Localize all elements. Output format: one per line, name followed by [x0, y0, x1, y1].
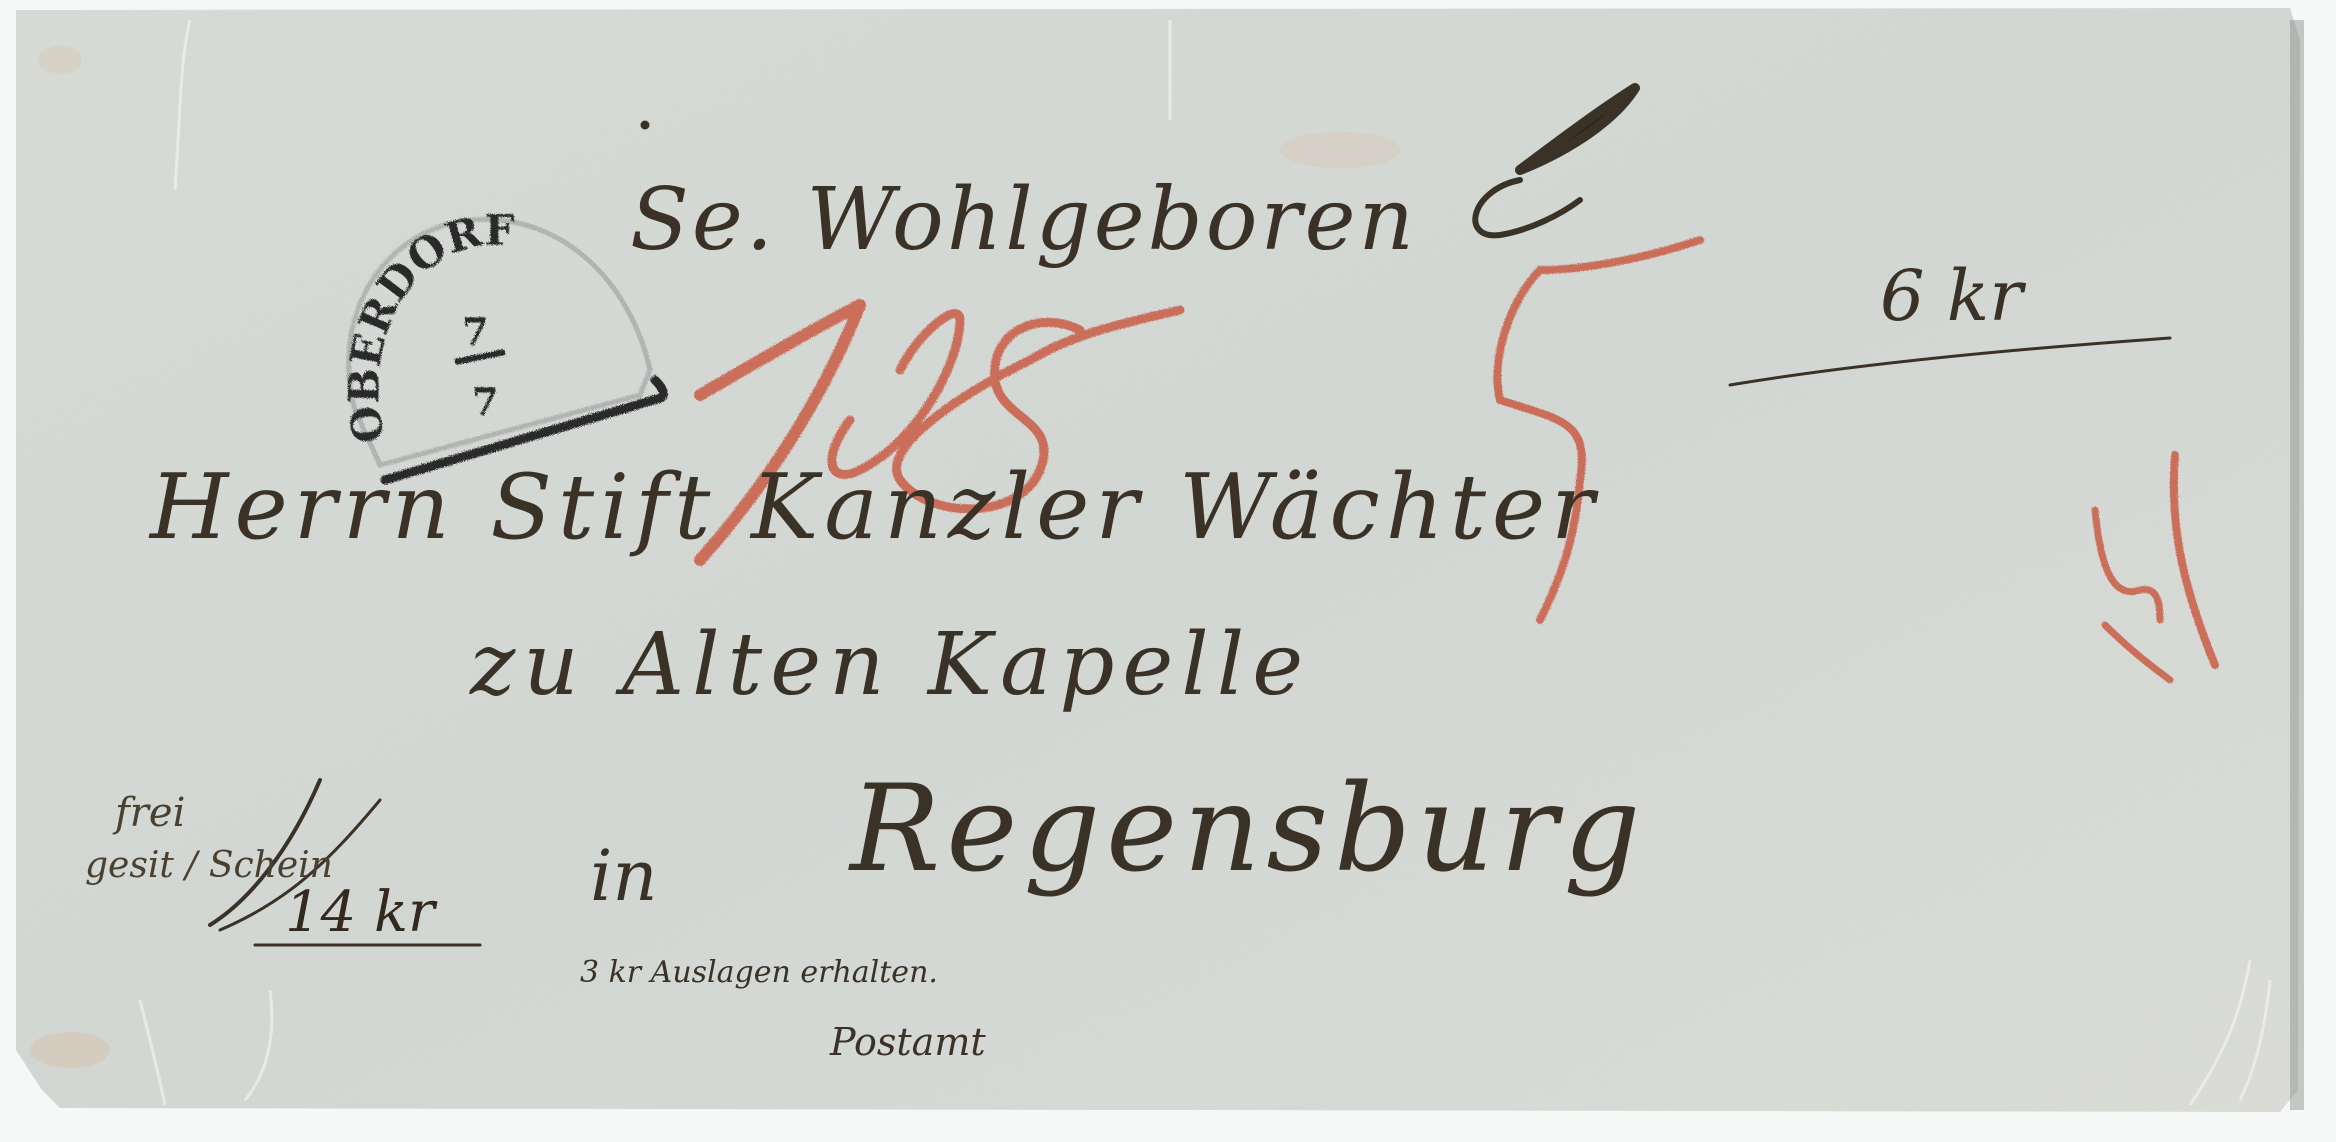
envelope-scan: OBERDORF 7 7	[0, 0, 2336, 1142]
postmark-day: 7	[462, 309, 488, 354]
postmark-month: 7	[472, 379, 498, 424]
